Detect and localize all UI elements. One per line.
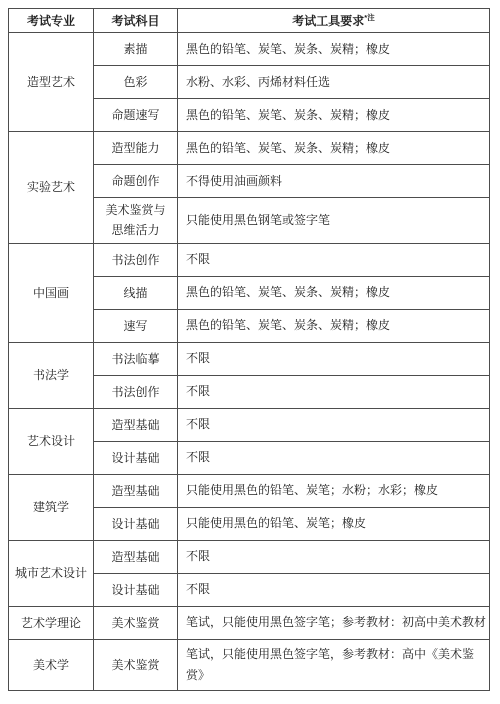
header-row: 考试专业 考试科目 考试工具要求*注 — [9, 9, 490, 33]
requirement-cell: 不限 — [178, 342, 490, 375]
table-row: 艺术设计造型基础不限 — [9, 408, 490, 441]
subject-cell: 书法创作 — [94, 243, 178, 276]
major-cell: 美术学 — [9, 639, 94, 690]
subject-cell: 命题速写 — [94, 99, 178, 132]
header-exam-tools-label: 考试工具要求 — [292, 14, 364, 28]
requirement-cell: 不限 — [178, 243, 490, 276]
major-cell: 艺术学理论 — [9, 606, 94, 639]
subject-cell: 设计基础 — [94, 441, 178, 474]
header-exam-subject: 考试科目 — [94, 9, 178, 33]
requirement-cell: 黑色的铅笔、炭笔、炭条、炭精；橡皮 — [178, 276, 490, 309]
subject-cell: 线描 — [94, 276, 178, 309]
requirement-cell: 只能使用黑色钢笔或签字笔 — [178, 198, 490, 244]
major-cell: 城市艺术设计 — [9, 540, 94, 606]
header-exam-major: 考试专业 — [9, 9, 94, 33]
subject-cell: 美术鉴赏 — [94, 639, 178, 690]
subject-cell: 设计基础 — [94, 573, 178, 606]
requirement-cell: 黑色的铅笔、炭笔、炭条、炭精；橡皮 — [178, 132, 490, 165]
subject-cell: 命题创作 — [94, 165, 178, 198]
requirement-cell: 黑色的铅笔、炭笔、炭条、炭精；橡皮 — [178, 99, 490, 132]
subject-cell: 造型基础 — [94, 408, 178, 441]
requirement-cell: 笔试，只能使用黑色签字笔；参考教材：初高中美术教材 — [178, 606, 490, 639]
exam-requirements-table: 考试专业 考试科目 考试工具要求*注 造型艺术素描黑色的铅笔、炭笔、炭条、炭精；… — [8, 8, 490, 691]
major-cell: 书法学 — [9, 342, 94, 408]
requirement-cell: 不限 — [178, 540, 490, 573]
header-exam-tools-footnote-marker: *注 — [364, 13, 374, 22]
subject-cell: 速写 — [94, 309, 178, 342]
major-cell: 建筑学 — [9, 474, 94, 540]
table-header: 考试专业 考试科目 考试工具要求*注 — [9, 9, 490, 33]
table-row: 建筑学造型基础只能使用黑色的铅笔、炭笔；水粉；水彩；橡皮 — [9, 474, 490, 507]
requirement-cell: 不限 — [178, 441, 490, 474]
major-cell: 造型艺术 — [9, 33, 94, 132]
subject-cell: 造型基础 — [94, 474, 178, 507]
major-cell: 实验艺术 — [9, 132, 94, 244]
major-cell: 艺术设计 — [9, 408, 94, 474]
requirement-cell: 笔试，只能使用黑色签字笔，参考教材：高中《美术鉴赏》 — [178, 639, 490, 690]
header-exam-tools: 考试工具要求*注 — [178, 9, 490, 33]
requirement-cell: 只能使用黑色的铅笔、炭笔；水粉；水彩；橡皮 — [178, 474, 490, 507]
subject-cell: 设计基础 — [94, 507, 178, 540]
page: 考试专业 考试科目 考试工具要求*注 造型艺术素描黑色的铅笔、炭笔、炭条、炭精；… — [0, 0, 500, 691]
subject-cell: 造型基础 — [94, 540, 178, 573]
requirement-cell: 只能使用黑色的铅笔、炭笔；橡皮 — [178, 507, 490, 540]
table-row: 艺术学理论美术鉴赏笔试，只能使用黑色签字笔；参考教材：初高中美术教材 — [9, 606, 490, 639]
major-cell: 中国画 — [9, 243, 94, 342]
table-row: 造型艺术素描黑色的铅笔、炭笔、炭条、炭精；橡皮 — [9, 33, 490, 66]
requirement-cell: 不得使用油画颜料 — [178, 165, 490, 198]
table-row: 中国画书法创作不限 — [9, 243, 490, 276]
requirement-cell: 水粉、水彩、丙烯材料任选 — [178, 66, 490, 99]
subject-cell: 造型能力 — [94, 132, 178, 165]
requirement-cell: 不限 — [178, 408, 490, 441]
subject-cell: 色彩 — [94, 66, 178, 99]
subject-cell: 美术鉴赏与思维活力 — [94, 198, 178, 244]
subject-cell: 素描 — [94, 33, 178, 66]
requirement-cell: 黑色的铅笔、炭笔、炭条、炭精；橡皮 — [178, 33, 490, 66]
subject-cell: 书法临摹 — [94, 342, 178, 375]
table-body: 造型艺术素描黑色的铅笔、炭笔、炭条、炭精；橡皮色彩水粉、水彩、丙烯材料任选命题速… — [9, 33, 490, 691]
table-row: 书法学书法临摹不限 — [9, 342, 490, 375]
requirement-cell: 黑色的铅笔、炭笔、炭条、炭精；橡皮 — [178, 309, 490, 342]
subject-cell: 书法创作 — [94, 375, 178, 408]
requirement-cell: 不限 — [178, 375, 490, 408]
table-row: 实验艺术造型能力黑色的铅笔、炭笔、炭条、炭精；橡皮 — [9, 132, 490, 165]
requirement-cell: 不限 — [178, 573, 490, 606]
subject-cell: 美术鉴赏 — [94, 606, 178, 639]
table-row: 城市艺术设计造型基础不限 — [9, 540, 490, 573]
table-row: 美术学美术鉴赏笔试，只能使用黑色签字笔，参考教材：高中《美术鉴赏》 — [9, 639, 490, 690]
